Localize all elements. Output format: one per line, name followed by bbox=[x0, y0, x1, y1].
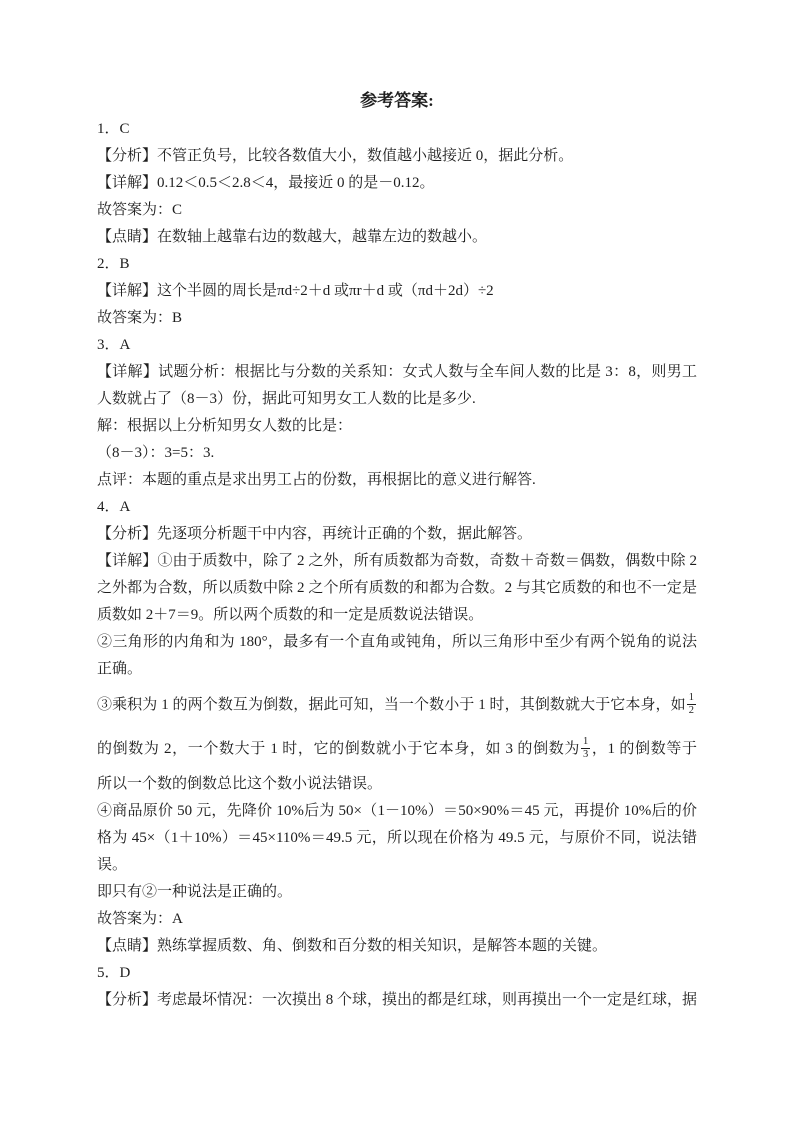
line-text: 的倒数为 2，一个数大于 1 时，它的倒数就小于它本身，如 3 的倒数为 bbox=[97, 741, 580, 757]
statement-4-line: 误。 bbox=[97, 852, 697, 879]
fraction-one-third: 13 bbox=[580, 736, 591, 761]
statement-2-line: ②三角形的内角和为 180°，最多有一个直角或钝角，所以三角形中至少有两个锐角的… bbox=[97, 629, 697, 656]
line-text: ③乘积为 1 的两个数互为倒数，据此可知，当一个数小于 1 时，其倒数就大于它本… bbox=[97, 697, 686, 713]
answer-number-line: 5．D bbox=[97, 960, 697, 987]
statement-4-line: 格为 45×（1＋10%）＝45×110%＝49.5 元，所以现在价格为 49.… bbox=[97, 825, 697, 852]
statement-4-line: ④商品原价 50 元，先降价 10%后为 50×（1－10%）＝50×90%＝4… bbox=[97, 798, 697, 825]
answer-block-2: 2．B 【详解】这个半圆的周长是πd÷2＋d 或πr＋d 或（πd＋2d）÷2 … bbox=[97, 251, 697, 332]
answer-number-line: 2．B bbox=[97, 251, 697, 278]
fraction-numerator: 1 bbox=[687, 692, 696, 704]
answer-number-line: 4．A bbox=[97, 494, 697, 521]
document-page: 参考答案: 1．C 【分析】不管正负号，比较各数值大小，数值越小越接近 0，据此… bbox=[0, 0, 793, 1122]
explanation-line: 【详解】①由于质数中，除了 2 之外，所有质数都为奇数，奇数＋奇数＝偶数，偶数中… bbox=[97, 548, 697, 575]
keypoint-line: 【点睛】熟练掌握质数、角、倒数和百分数的相关知识，是解答本题的关键。 bbox=[97, 933, 697, 960]
fraction-denominator: 3 bbox=[581, 748, 590, 761]
analysis-line: 【分析】先逐项分析题干中内容，再统计正确的个数，据此解答。 bbox=[97, 521, 697, 548]
statement-3-line: 所以一个数的倒数总比这个数小说法错误。 bbox=[97, 771, 697, 798]
answer-block-3: 3．A 【详解】试题分析：根据比与分数的关系知：女式人数与全车间人数的比是 3：… bbox=[97, 332, 697, 494]
statement-3-line: 的倒数为 2，一个数大于 1 时，它的倒数就小于它本身，如 3 的倒数为13，1… bbox=[97, 727, 697, 771]
fraction-one-half: 12 bbox=[686, 692, 697, 717]
answer-block-4: 4．A 【分析】先逐项分析题干中内容，再统计正确的个数，据此解答。 【详解】①由… bbox=[97, 494, 697, 960]
explanation-line: 质数如 2＋7＝9。所以两个质数的和一定是质数说法错误。 bbox=[97, 602, 697, 629]
answer-conclusion-line: 故答案为：B bbox=[97, 305, 697, 332]
answer-conclusion-line: 故答案为：C bbox=[97, 197, 697, 224]
summary-line: 即只有②一种说法是正确的。 bbox=[97, 879, 697, 906]
statement-2-line: 正确。 bbox=[97, 656, 697, 683]
statement-3-line: ③乘积为 1 的两个数互为倒数，据此可知，当一个数小于 1 时，其倒数就大于它本… bbox=[97, 683, 697, 727]
comment-line: 点评：本题的重点是求出男工占的份数，再根据比的意义进行解答. bbox=[97, 467, 697, 494]
answer-number-line: 1．C bbox=[97, 116, 697, 143]
fraction-numerator: 1 bbox=[581, 736, 590, 748]
equation-line: （8－3）：3=5：3. bbox=[97, 440, 697, 467]
analysis-line: 【分析】考虑最坏情况：一次摸出 8 个球，摸出的都是红球，则再摸出一个一定是红球… bbox=[97, 987, 697, 1014]
explanation-line: 之外都为合数，所以质数中除 2 之个所有质数的和都为合数。2 与其它质数的和也不… bbox=[97, 575, 697, 602]
answer-conclusion-line: 故答案为：A bbox=[97, 906, 697, 933]
page-title: 参考答案: bbox=[97, 90, 697, 116]
explanation-line: 【详解】0.12＜0.5＜2.8＜4，最接近 0 的是－0.12。 bbox=[97, 170, 697, 197]
answer-number-line: 3．A bbox=[97, 332, 697, 359]
explanation-line: 【详解】试题分析：根据比与分数的关系知：女式人数与全车间人数的比是 3：8，则男… bbox=[97, 359, 697, 386]
answer-block-1: 1．C 【分析】不管正负号，比较各数值大小，数值越小越接近 0，据此分析。 【详… bbox=[97, 116, 697, 251]
keypoint-line: 【点睛】在数轴上越靠右边的数越大，越靠左边的数越小。 bbox=[97, 224, 697, 251]
fraction-denominator: 2 bbox=[687, 704, 696, 717]
answer-block-5: 5．D 【分析】考虑最坏情况：一次摸出 8 个球，摸出的都是红球，则再摸出一个一… bbox=[97, 960, 697, 1014]
solution-line: 解：根据以上分析知男女人数的比是： bbox=[97, 413, 697, 440]
analysis-line: 【分析】不管正负号，比较各数值大小，数值越小越接近 0，据此分析。 bbox=[97, 143, 697, 170]
explanation-line: 人数就占了（8－3）份，据此可知男女工人数的比是多少. bbox=[97, 386, 697, 413]
explanation-line: 【详解】这个半圆的周长是πd÷2＋d 或πr＋d 或（πd＋2d）÷2 bbox=[97, 278, 697, 305]
